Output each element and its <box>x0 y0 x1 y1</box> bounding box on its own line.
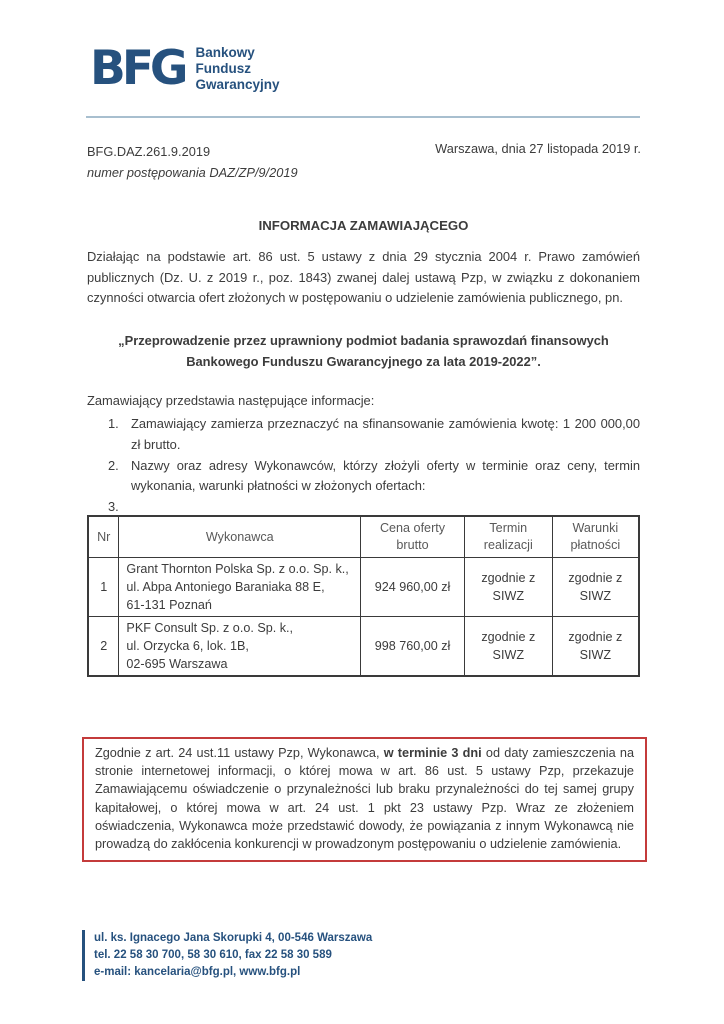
intro-paragraph: Działając na podstawie art. 86 ust. 5 us… <box>87 247 640 309</box>
logo-word-2: Fundusz <box>196 61 280 77</box>
footer-email: e-mail: kancelaria@bfg.pl, www.bfg.pl <box>94 964 372 981</box>
footer-contact-block: ul. ks. Ignacego Jana Skorupki 4, 00-546… <box>82 930 372 981</box>
notice-text-start: Zgodnie z art. 24 ust.11 ustawy Pzp, Wyk… <box>95 746 384 760</box>
cell-term: zgodnie z SIWZ <box>464 617 552 677</box>
list-item-number: 2. <box>108 456 131 498</box>
information-list: 1. Zamawiający zamierza przeznaczyć na s… <box>108 414 640 518</box>
contractor-street: ul. Orzycka 6, lok. 1B, <box>126 637 353 655</box>
procurement-subject: „Przeprowadzenie przez uprawniony podmio… <box>87 330 640 372</box>
header-divider <box>86 116 640 118</box>
reference-block: BFG.DAZ.261.9.2019 numer postępowania DA… <box>87 141 298 183</box>
offers-table-wrapper: Nr Wykonawca Cena oferty brutto Termin r… <box>87 515 640 677</box>
bfg-logo: BFG Bankowy Fundusz Gwarancyjny <box>90 44 280 94</box>
table-row: 2 PKF Consult Sp. z o.o. Sp. k., ul. Orz… <box>88 617 639 677</box>
logo-word-3: Gwarancyjny <box>196 77 280 93</box>
contractor-name: PKF Consult Sp. z o.o. Sp. k., <box>126 619 353 637</box>
contractor-name: Grant Thornton Polska Sp. z o.o. Sp. k., <box>126 560 353 578</box>
cell-price: 998 760,00 zł <box>361 617 465 677</box>
document-title: INFORMACJA ZAMAWIAJĄCEGO <box>87 218 640 233</box>
contractor-city: 61-131 Poznań <box>126 596 353 614</box>
reference-number: BFG.DAZ.261.9.2019 <box>87 141 298 162</box>
col-header-cena: Cena oferty brutto <box>361 516 465 558</box>
cell-payment: zgodnie z SIWZ <box>552 617 639 677</box>
footer-phone: tel. 22 58 30 700, 58 30 610, fax 22 58 … <box>94 947 372 964</box>
bfg-logo-icon: BFG <box>90 44 185 94</box>
col-header-nr: Nr <box>88 516 119 558</box>
offers-table: Nr Wykonawca Cena oferty brutto Termin r… <box>87 515 640 677</box>
list-item: 2. Nazwy oraz adresy Wykonawców, którzy … <box>108 456 640 498</box>
cell-nr: 1 <box>88 558 119 617</box>
cell-contractor: Grant Thornton Polska Sp. z o.o. Sp. k.,… <box>119 558 361 617</box>
list-intro: Zamawiający przedstawia następujące info… <box>87 393 640 408</box>
list-item: 1. Zamawiający zamierza przeznaczyć na s… <box>108 414 640 456</box>
cell-term: zgodnie z SIWZ <box>464 558 552 617</box>
place-and-date: Warszawa, dnia 27 listopada 2019 r. <box>435 141 641 156</box>
list-item-number: 1. <box>108 414 131 456</box>
cell-payment: zgodnie z SIWZ <box>552 558 639 617</box>
case-number: numer postępowania DAZ/ZP/9/2019 <box>87 162 298 183</box>
table-row: 1 Grant Thornton Polska Sp. z o.o. Sp. k… <box>88 558 639 617</box>
cell-contractor: PKF Consult Sp. z o.o. Sp. k., ul. Orzyc… <box>119 617 361 677</box>
list-item-text: Nazwy oraz adresy Wykonawców, którzy zło… <box>131 456 640 498</box>
contractor-street: ul. Abpa Antoniego Baraniaka 88 E, <box>126 578 353 596</box>
logo-word-1: Bankowy <box>196 45 280 61</box>
col-header-wykonawca: Wykonawca <box>119 516 361 558</box>
col-header-warunki: Warunki płatności <box>552 516 639 558</box>
bfg-logo-wordmark: Bankowy Fundusz Gwarancyjny <box>196 45 280 93</box>
table-header-row: Nr Wykonawca Cena oferty brutto Termin r… <box>88 516 639 558</box>
cell-price: 924 960,00 zł <box>361 558 465 617</box>
notice-deadline-bold: w terminie 3 dni <box>384 746 482 760</box>
list-item-text: Zamawiający zamierza przeznaczyć na sfin… <box>131 414 640 456</box>
contractor-city: 02-695 Warszawa <box>126 655 353 673</box>
footer-address: ul. ks. Ignacego Jana Skorupki 4, 00-546… <box>94 930 372 947</box>
cell-nr: 2 <box>88 617 119 677</box>
notice-text-end: od daty zamieszczenia na stronie interne… <box>95 746 634 851</box>
col-header-termin: Termin realizacji <box>464 516 552 558</box>
group-capital-notice: Zgodnie z art. 24 ust.11 ustawy Pzp, Wyk… <box>82 737 647 862</box>
document-page: BFG Bankowy Fundusz Gwarancyjny BFG.DAZ.… <box>0 0 724 1024</box>
